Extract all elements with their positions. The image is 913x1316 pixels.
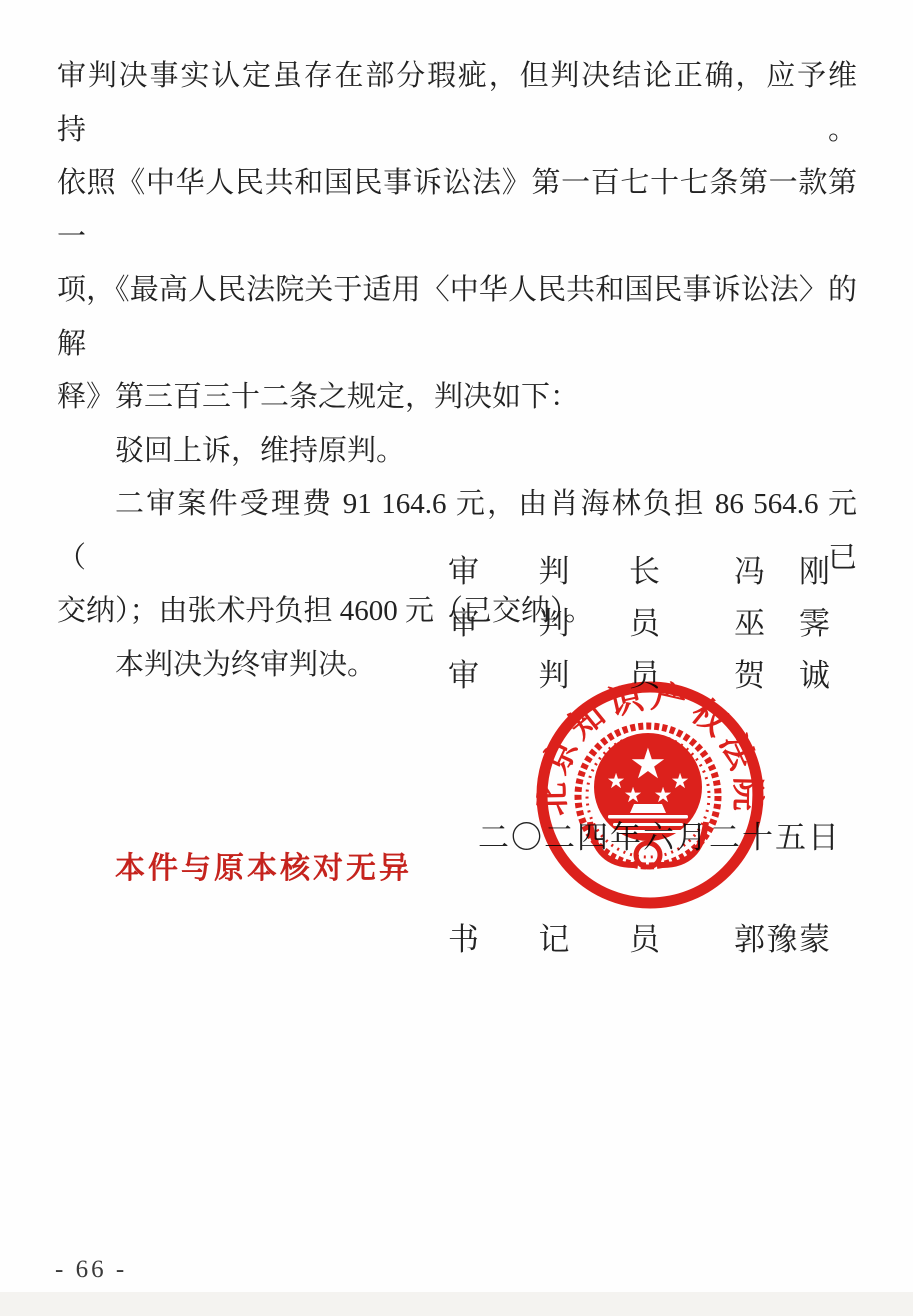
svg-text:★: ★ xyxy=(607,769,626,793)
body-line: 审判决事实认定虽存在部分瑕疵，但判决结论正确，应予维持。 xyxy=(57,50,857,157)
svg-text:★: ★ xyxy=(629,739,667,788)
judges-block: 审判长 冯刚 审判员 巫霁 审判员 贺诚 xyxy=(448,546,830,702)
signature-name: 巫霁 xyxy=(734,598,830,643)
signature-role: 审判员 xyxy=(448,598,660,643)
page-number: - 66 - xyxy=(55,1256,127,1284)
signature-role: 书记员 xyxy=(448,914,660,959)
national-emblem-icon: ★ ★ ★ ★ ★ xyxy=(578,726,718,867)
footer-strip xyxy=(0,1292,913,1316)
body-line: 依照《中华人民共和国民事诉讼法》第一百七十七条第一款第一 xyxy=(57,157,857,264)
signature-name: 冯刚 xyxy=(734,546,830,591)
court-seal-icon: 北京知识产权法院 ★ ★ ★ ★ ★ xyxy=(535,680,765,910)
clerk-block: 书记员 郭豫蒙 xyxy=(448,914,830,966)
svg-text:★: ★ xyxy=(654,783,673,807)
page-container: 审判决事实认定虽存在部分瑕疵，但判决结论正确，应予维持。依照《中华人民共和国民事… xyxy=(0,0,913,1316)
svg-text:★: ★ xyxy=(671,769,690,793)
signature-role: 审判长 xyxy=(448,546,660,591)
body-line: 驳回上诉，维持原判。 xyxy=(57,425,857,479)
body-line: 项，《最高人民法院关于适用〈中华人民共和国民事诉讼法〉的解 xyxy=(57,264,857,371)
body-line: 释》第三百三十二条之规定，判决如下： xyxy=(57,371,857,425)
svg-text:★: ★ xyxy=(624,783,643,807)
signature-name: 郭豫蒙 xyxy=(734,914,830,959)
signature-row: 审判长 冯刚 xyxy=(448,546,830,598)
verification-stamp: 本件与原本核对无异 xyxy=(115,843,412,887)
signature-row: 审判员 巫霁 xyxy=(448,598,830,650)
signature-row: 书记员 郭豫蒙 xyxy=(448,914,830,966)
